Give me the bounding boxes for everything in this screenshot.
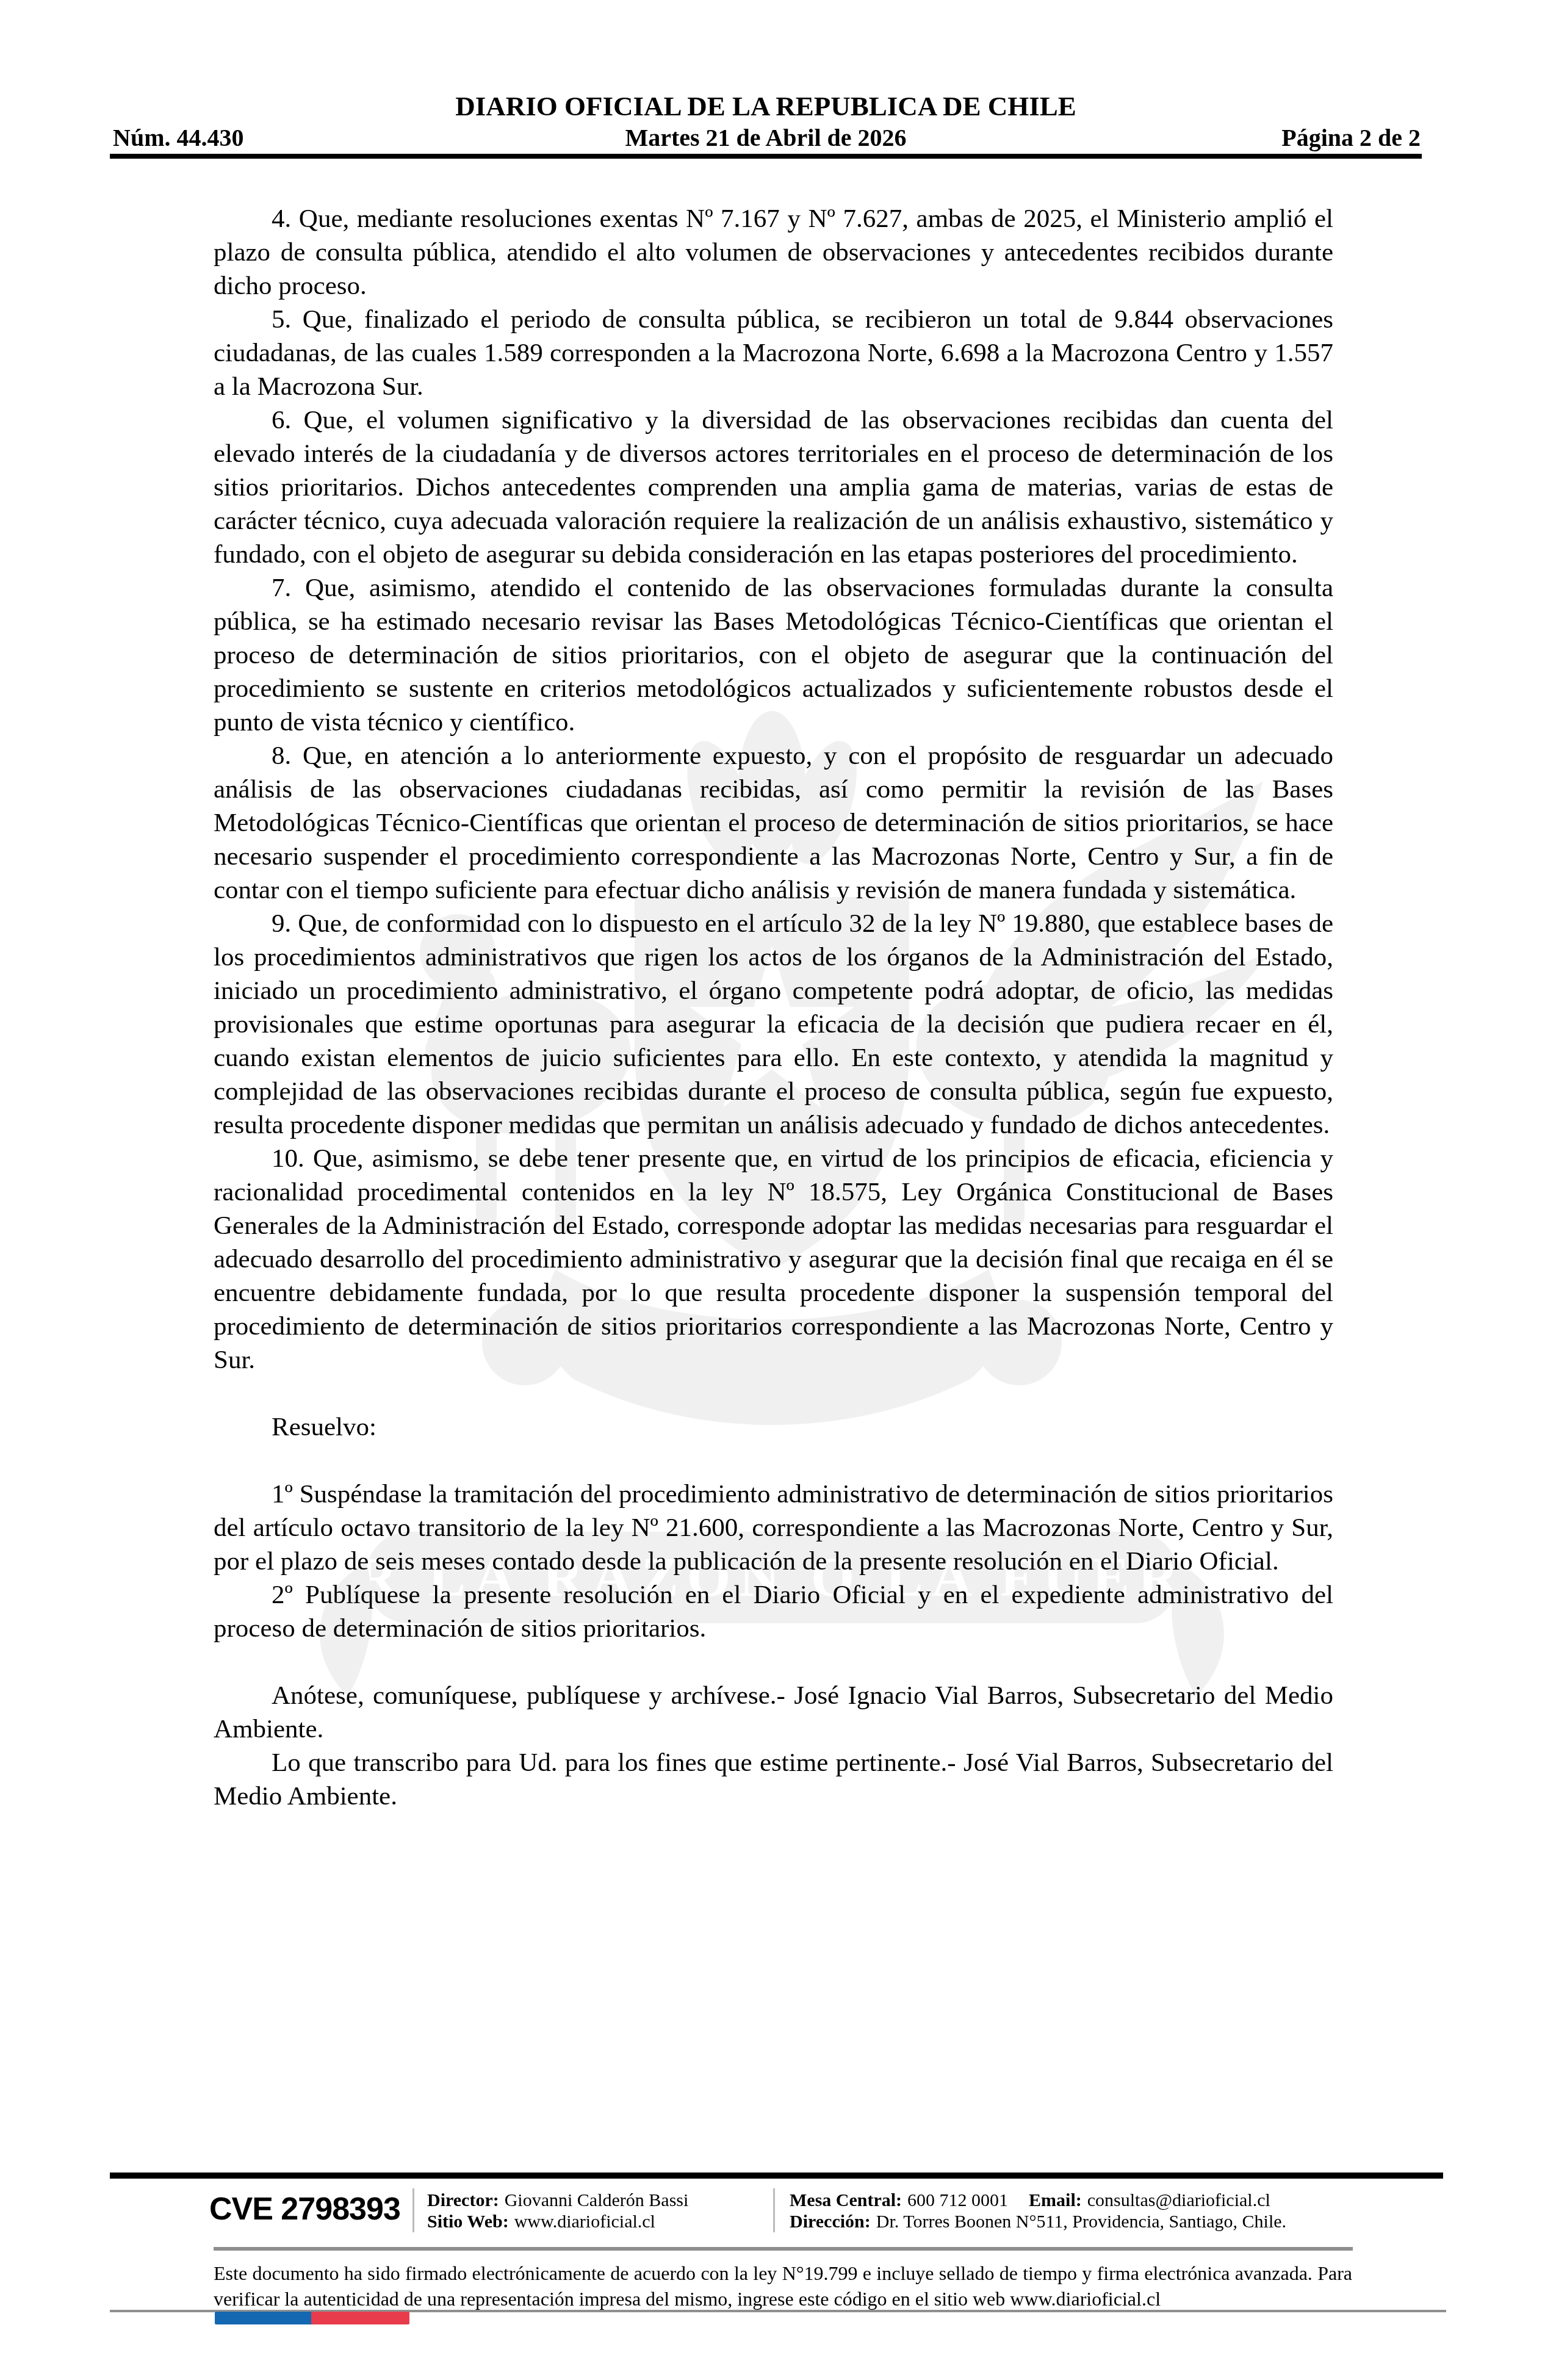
- body-paragraph: 6. Que, el volumen significativo y la di…: [214, 403, 1333, 571]
- body-paragraph: 9. Que, de conformidad con lo dispuesto …: [214, 907, 1333, 1142]
- body-paragraph: 5. Que, finalizado el periodo de consult…: [214, 303, 1333, 403]
- director-value: Giovanni Calderón Bassi: [505, 2190, 689, 2210]
- website-line: Sitio Web:www.diarioficial.cl: [427, 2211, 688, 2232]
- website-value: www.diarioficial.cl: [514, 2212, 655, 2232]
- footer-director-column: Director:Giovanni Calderón Bassi Sitio W…: [427, 2190, 688, 2232]
- address-line: Dirección:Dr. Torres Boonen N°511, Provi…: [790, 2211, 1286, 2232]
- cve-code: CVE 2798393: [209, 2191, 400, 2227]
- phone-label: Mesa Central:: [790, 2190, 902, 2210]
- body-paragraph: 10. Que, asimismo, se debe tener present…: [214, 1142, 1333, 1377]
- director-label: Director:: [427, 2190, 499, 2210]
- phone-email-line: Mesa Central:600 712 0001Email:consultas…: [790, 2190, 1286, 2211]
- address-label: Dirección:: [790, 2212, 871, 2232]
- edition-date: Martes 21 de Abril de 2026: [110, 123, 1422, 152]
- website-label: Sitio Web:: [427, 2212, 509, 2232]
- body-paragraph: 8. Que, en atención a lo anteriormente e…: [214, 739, 1333, 907]
- phone-value: 600 712 0001: [907, 2190, 1008, 2210]
- email-value: consultas@diarioficial.cl: [1087, 2190, 1270, 2210]
- masthead-title: DIARIO OFICIAL DE LA REPUBLICA DE CHILE: [110, 90, 1422, 122]
- body-paragraph: 4. Que, mediante resoluciones exentas Nº…: [214, 202, 1333, 303]
- header-rule: [110, 154, 1422, 159]
- director-line: Director:Giovanni Calderón Bassi: [427, 2190, 688, 2211]
- closing-formula: Lo que transcribo para Ud. para los fine…: [214, 1746, 1333, 1813]
- address-value: Dr. Torres Boonen N°511, Providencia, Sa…: [876, 2212, 1286, 2232]
- signature-disclaimer: Este documento ha sido firmado electróni…: [214, 2260, 1352, 2312]
- footer-top-rule: [110, 2173, 1443, 2179]
- resolution-text: 4. Que, mediante resoluciones exentas Nº…: [214, 202, 1333, 1813]
- flag-blue-segment: [215, 2312, 312, 2324]
- chile-flag-mark: [215, 2312, 409, 2324]
- flag-red-segment: [311, 2312, 409, 2324]
- body-paragraph: 7. Que, asimismo, atendido el contenido …: [214, 571, 1333, 739]
- closing-formula: Anótese, comuníquese, publíquese y archí…: [214, 1679, 1333, 1746]
- resuelvo-heading: Resuelvo:: [214, 1410, 1333, 1444]
- footer-contact-column: Mesa Central:600 712 0001Email:consultas…: [790, 2190, 1286, 2232]
- resolution-clause: 2º Publíquese la presente resolución en …: [214, 1578, 1333, 1645]
- email-label: Email:: [1029, 2190, 1082, 2210]
- footer-divider: [412, 2188, 414, 2232]
- resolution-clause: 1º Suspéndase la tramitación del procedi…: [214, 1477, 1333, 1578]
- footer-middle-rule: [214, 2247, 1353, 2251]
- footer-divider: [773, 2188, 775, 2232]
- page-indicator: Página 2 de 2: [1281, 123, 1421, 152]
